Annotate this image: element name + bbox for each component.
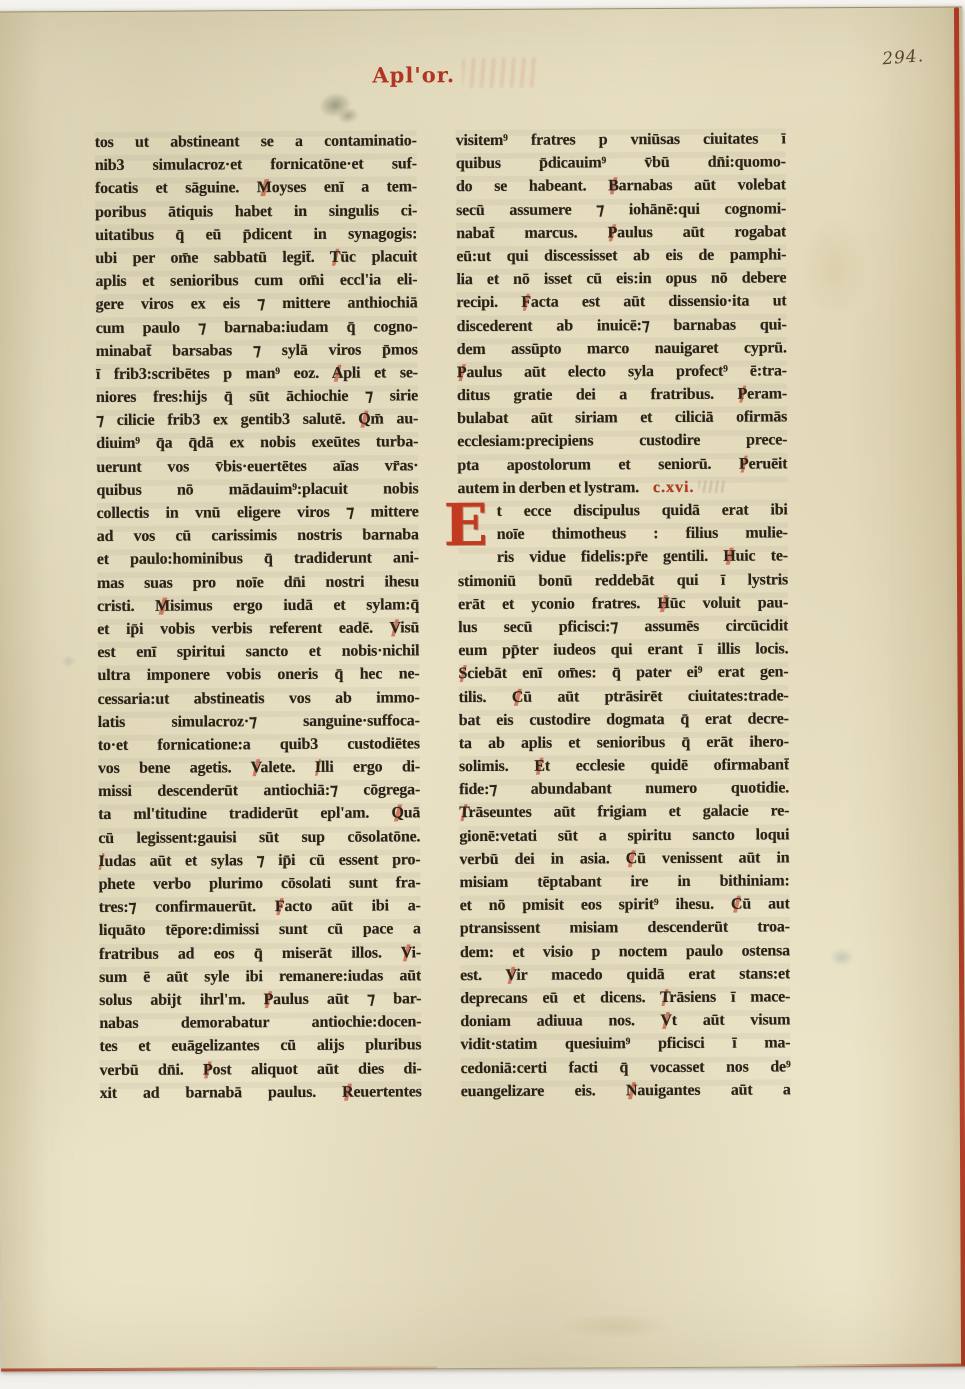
red-bottom-edge (1, 1366, 437, 1371)
text-line: ī frib3:scribētes p man⁹ eoz. Apli et se… (96, 361, 418, 386)
ink-smudge (308, 82, 368, 136)
text-line: cristi. Misimus ergo iudā et sylam:q̄ (97, 593, 419, 618)
text-line: uerunt vos v̄bis·euertētes aīas vr̄as· (96, 454, 418, 479)
text-line: ta ml'titudine tradiderūt epl'am. Quā (98, 802, 420, 827)
text-line: Iudas aūt et sylas ⁊ ip̄i cū essent pro- (98, 848, 420, 873)
text-line: verbū dei in asia. Cū venissent aūt in (459, 846, 789, 871)
text-line: pta apostolorum et seniorū. Peruēit (457, 452, 787, 477)
text-line: ad vos cū carissimis nostris barnaba (97, 524, 419, 549)
text-line: visitem⁹ fratres p vniūsas ciuitates ī (456, 127, 786, 152)
text-line: aplis et senioribus cum om̄i eccl'ia eli… (95, 268, 417, 293)
text-line: xit ad barnabā paulus. Reuertentes (100, 1080, 422, 1105)
header-showthrough-ghost (462, 58, 540, 88)
right-text-column: visitem⁹ fratres p vniūsas ciuitates īqu… (456, 127, 791, 1103)
text-line: niores fres:hijs q̄ sūt āchiochie ⁊ siri… (96, 384, 418, 409)
text-line: nabat̄ marcus. Paulus aūt rogabat (456, 220, 786, 245)
text-line: sum ē aūt syle ibi remanere:iudas aūt (99, 964, 421, 989)
text-line: fide:⁊ abundabant numero quotidie. (459, 777, 789, 802)
text-line: ecclesiam:precipiens custodire prece- (457, 429, 787, 454)
text-line: doniam adiuua nos. Vt aūt visum (460, 1009, 790, 1034)
text-line: cum paulo ⁊ barnaba:iudam q̄ cogno- (96, 315, 418, 340)
manuscript-photo: { "page": { "running_header": "Apl'or.",… (0, 0, 965, 1389)
text-line: stimoniū bonū reddebāt qui ī lystris (458, 568, 788, 593)
text-line: do se habeant. Barnabas aūt volebat (456, 174, 786, 199)
text-line: Sciebāt enī om̄es: q̄ pater ei⁹ erat gen… (458, 661, 788, 686)
text-line: noīe thimotheus : filius mulie- (497, 522, 788, 547)
text-line: gionē:vetati sūt a spiritu sancto loqui (459, 823, 789, 848)
chapter-heading-line: autem in derben et lystram. c.xvi. (457, 475, 787, 500)
paper-stain (57, 652, 79, 670)
text-line: ptransissent misiam descenderūt troa- (460, 916, 790, 941)
text-line: missi descenderūt antiochiā:⁊ cōgrega- (98, 779, 420, 804)
text-line: bat eis custodire dogmata q̄ erat decre- (459, 707, 789, 732)
running-header: Apl'or. (372, 62, 455, 87)
text-line: poribus ātiquis habet in singulis ci- (95, 199, 417, 224)
text-line: tes et euāgelizantes cū alijs pluribus (99, 1034, 421, 1059)
text-line: ditus gratie dei a fratribus. Peram- (457, 382, 787, 407)
text-line: est. Vir macedo quidā erat stans:et (460, 962, 790, 987)
text-line: minabat̄ barsabas ⁊ sylā viros p̄mos (96, 338, 418, 363)
text-line: ⁊ cilicie frib3 ex gentib3 salutē. Qm̄ a… (96, 408, 418, 433)
text-line: gere viros ex eis ⁊ mittere anthiochiā (95, 292, 417, 317)
text-line: Trāseuntes aūt frigiam et galacie re- (459, 800, 789, 825)
text-line: lus secū pficisci:⁊ assumēs circūcidit (458, 614, 788, 639)
text-line: to·et fornicatione:a quib3 custodiētes (98, 732, 420, 757)
text-line: et nō pmisit eos spirit⁹ ihesu. Cū aut (460, 893, 790, 918)
text-line: discederent ab inuicē:⁊ barnabas qui- (457, 313, 787, 338)
chapter-16-paragraph: E t ecce discipulus quidā erat ibinoīe t… (458, 498, 791, 1103)
text-line: eum pp̄ter iudeos qui erant ī illis loci… (458, 638, 788, 663)
text-line: quibus nō mādauim⁹:placuit nobis (96, 477, 418, 502)
text-line: ta ab aplis et senioribus q̄ erāt ihero- (459, 730, 789, 755)
paper-stain (790, 198, 881, 338)
text-line: erāt et yconio fratres. Hūc voluit pau- (458, 591, 788, 616)
text-line: dem: et visio p noctem paulo ostensa (460, 939, 790, 964)
text-line: secū assumere ⁊ iohānē:qui cognomi- (456, 197, 786, 222)
text-line: cessaria:ut abstineatis vos ab immo- (98, 686, 420, 711)
text-line: cedoniā:certi facti q̄ vocasset nos de⁹ (460, 1055, 790, 1080)
text-line: solus abijt ihrl'm. Paulus aūt ⁊ bar- (99, 987, 421, 1012)
text-line: ubi per om̄e sabbatū legit̄. Tūc placuit (95, 245, 417, 270)
manuscript-page: Apl'or. 294. tos ut abstineant se a cont… (0, 6, 965, 1371)
text-line: bulabat aūt siriam et ciliciā ofirmās (457, 406, 787, 431)
text-line: quibus p̄dicauim⁹ v̄bū dn̄i:quomo- (456, 151, 786, 176)
folio-number: 294. (882, 46, 925, 69)
text-line: deprecans eū et dicens. Trāsiens ī mace- (460, 985, 790, 1010)
text-line: vidit·statim quesiuim⁹ pficisci ī ma- (460, 1032, 790, 1057)
text-line: vos bene agetis. Valete. Illi ergo di- (98, 755, 420, 780)
text-line: fratribus ad eos q̄ miserāt illos. Vi- (99, 941, 421, 966)
text-line: mas suas pro noīe dn̄i nostri ihesu (97, 570, 419, 595)
text-line: Paulus aūt electo syla profect⁹ ē:tra- (457, 359, 787, 384)
text-line: euangelizare eis. Nauigantes aūt a (461, 1078, 791, 1103)
right-column-top-lines: visitem⁹ fratres p vniūsas ciuitates īqu… (456, 127, 788, 477)
text-line: recipi. Facta est aūt dissensio·ita ut (456, 290, 786, 315)
text-line: et paulo:hominibus q̄ tradiderunt ani- (97, 547, 419, 572)
text-line: nabas demorabatur antiochie:docen- (99, 1010, 421, 1035)
text-line: focatis et sāguine. Moyses enī a tem- (95, 176, 417, 201)
text-line: eū:ut qui discessisset ab eis de pamphi- (456, 243, 786, 268)
text-line: uitatibus q̄ eū p̄dicent in synagogis: (95, 222, 417, 247)
text-line: nib3 simulacroz·et fornicatōne·et suf- (95, 153, 417, 178)
text-line: collectis in vnū eligere viros ⁊ mittere (97, 500, 419, 525)
rubricated-initial-E: E (441, 500, 491, 547)
text-line: liquāto tēpore:dimissi sunt cū pace a (99, 918, 421, 943)
text-line: verbū dn̄i. Post aliquot aūt dies di- (99, 1057, 421, 1082)
red-bottom-edge-corner (795, 1363, 965, 1367)
text-line: tilis. Cū aūt ptrāsirēt ciuitates:trade- (459, 684, 789, 709)
text-line: dem assūpto marco nauigaret cyprū. (457, 336, 787, 361)
text-line: t ecce discipulus quidā erat ibi (497, 498, 788, 523)
chapter-number-rubric: c.xvi. (653, 476, 695, 499)
text-line: ris vidue fidelis:pr̄e gentili. Huic te- (497, 545, 788, 570)
chapter-end-text: autem in derben et lystram. (457, 476, 639, 500)
text-line: et ip̄i vobis verbis referent eadē. Visū (97, 616, 419, 641)
text-line: latis simulacroz·⁊ sanguine·suffoca- (98, 709, 420, 734)
left-text-column: tos ut abstineant se a contaminatio-nib3… (95, 129, 422, 1105)
chapter-paragraph-lines: t ecce discipulus quidā erat ibinoīe thi… (458, 498, 791, 1103)
text-line: solimis. Et ecclesie quidē ofirmabant̄ (459, 753, 789, 778)
text-line: tres:⁊ confirmauerūt. Facto aūt ibi a- (99, 895, 421, 920)
text-line: tos ut abstineant se a contaminatio- (95, 129, 417, 154)
paper-stain (541, 1309, 691, 1344)
showthrough-ghost (698, 481, 724, 493)
red-fore-edge (954, 7, 965, 1365)
text-line: est enī spiritui sancto et nobis·nichil (97, 639, 419, 664)
paper-stain (825, 944, 859, 970)
text-line: lia et nō isset cū eis:in opus nō debere (456, 267, 786, 292)
text-line: phete verbo plurimo cōsolati sunt fra- (99, 871, 421, 896)
text-line: ultra imponere vobis oneris q̄ hec ne- (97, 663, 419, 688)
left-column-lines: tos ut abstineant se a contaminatio-nib3… (95, 129, 422, 1105)
text-line: diuim⁹ q̄a q̄dā ex nobis exeūtes turba- (96, 431, 418, 456)
text-line: cū legissent:gauisi sūt sup cōsolatōne. (98, 825, 420, 850)
text-line: misiam tēptabant ire in bithiniam: (460, 869, 790, 894)
